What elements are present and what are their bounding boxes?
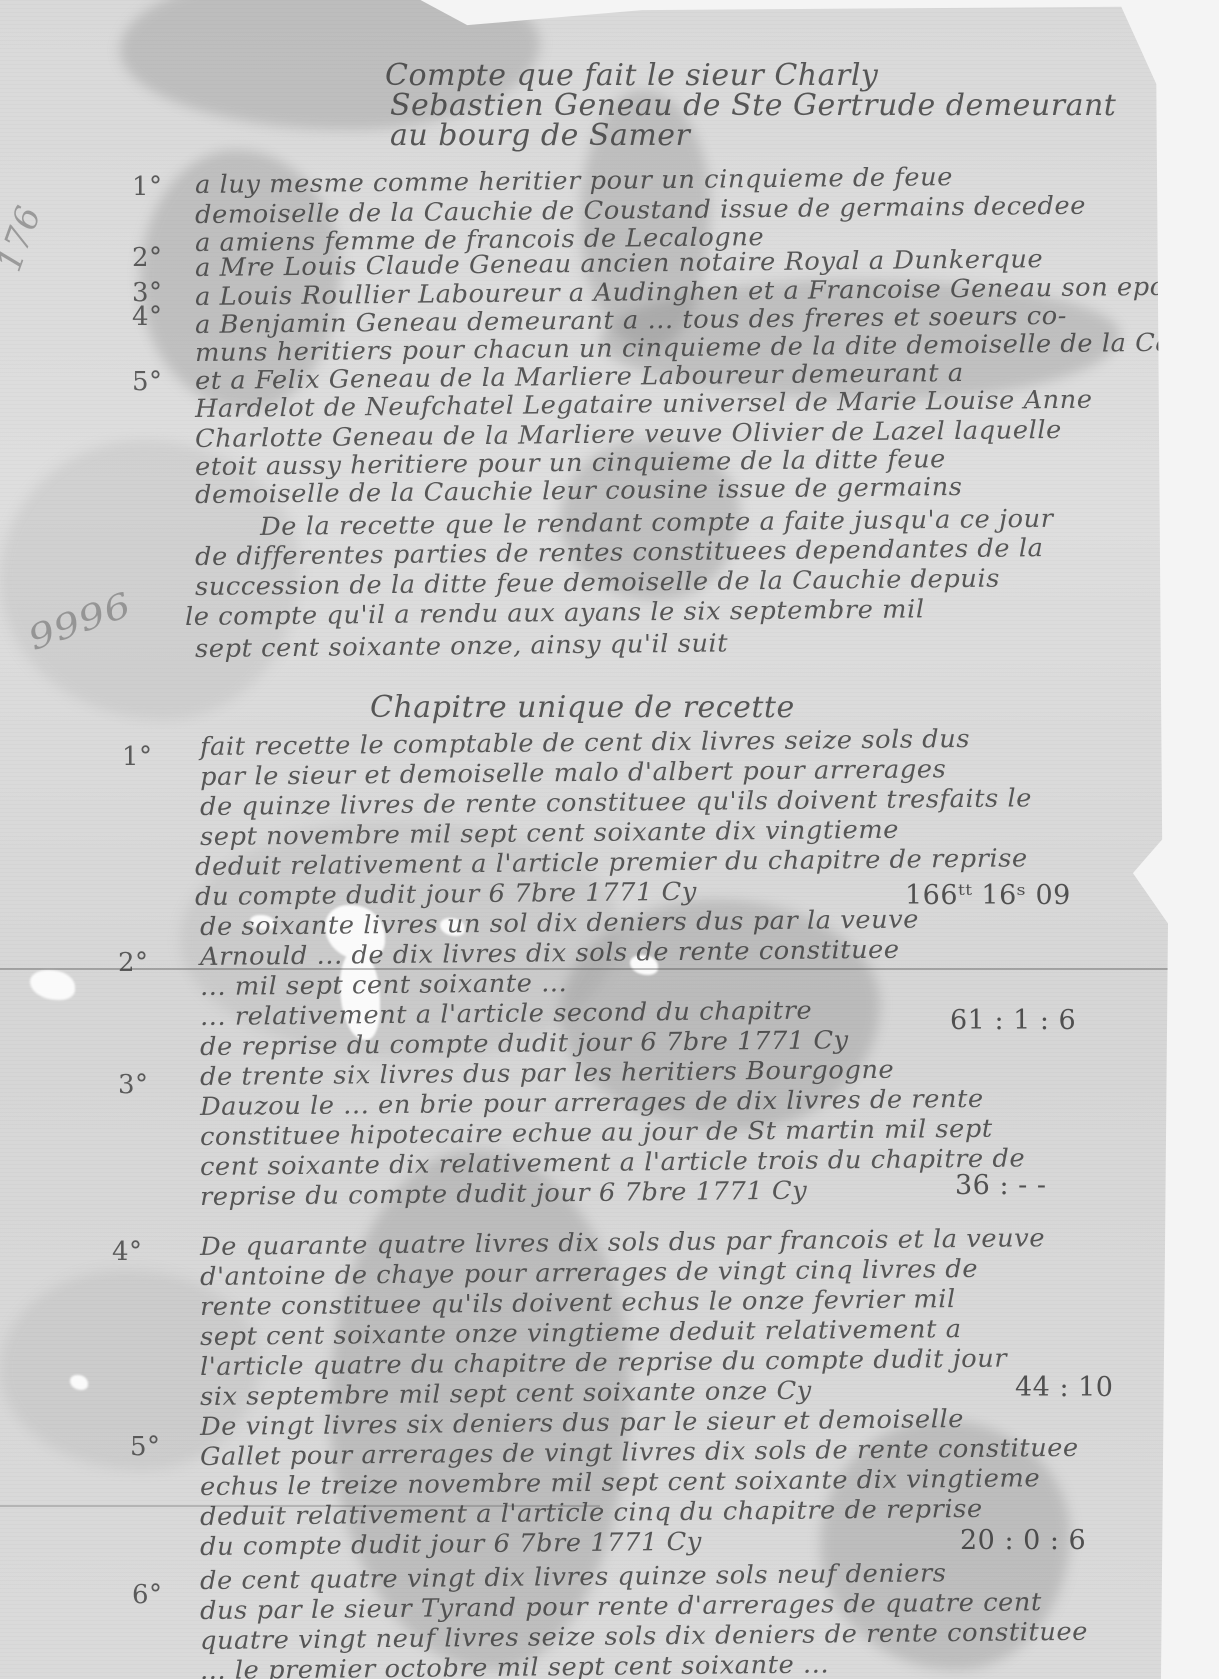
- item-number: 4°: [132, 302, 163, 332]
- title-line: au bourg de Samer: [390, 118, 690, 153]
- entry-number: 5°: [130, 1432, 161, 1462]
- scanned-manuscript-page: 176 9996 Compte que fait le sieur Charly…: [0, 0, 1219, 1679]
- fold-crease: [0, 968, 1168, 970]
- item-number: 2°: [132, 243, 163, 273]
- entry-number: 3°: [118, 1070, 149, 1100]
- text-line: sept cent soixante onze, ainsy qu'il sui…: [195, 628, 728, 663]
- chapter-heading: Chapitre unique de recette: [370, 690, 795, 725]
- entry-number: 4°: [112, 1237, 143, 1267]
- text-line: ... mil sept cent soixante ...: [200, 968, 568, 1001]
- item-number: 1°: [132, 172, 163, 202]
- entry-amount: 20 : 0 : 6: [960, 1525, 1086, 1556]
- entry-number: 6°: [132, 1580, 163, 1610]
- entry-amount: 61 : 1 : 6: [950, 1005, 1076, 1036]
- entry-number: 1°: [122, 742, 153, 772]
- text-line: du compte dudit jour 6 7bre 1771 Cy: [195, 877, 697, 911]
- text-line: du compte dudit jour 6 7bre 1771 Cy: [200, 1527, 702, 1561]
- entry-amount: 44 : 10: [1015, 1372, 1113, 1403]
- entry-amount: 36 : - -: [955, 1170, 1046, 1201]
- entry-number: 2°: [118, 948, 149, 978]
- item-number: 5°: [132, 367, 163, 397]
- entry-amount: 166ᵗᵗ 16ˢ 09: [905, 880, 1071, 911]
- paper-sheet: 176 9996 Compte que fait le sieur Charly…: [0, 0, 1168, 1679]
